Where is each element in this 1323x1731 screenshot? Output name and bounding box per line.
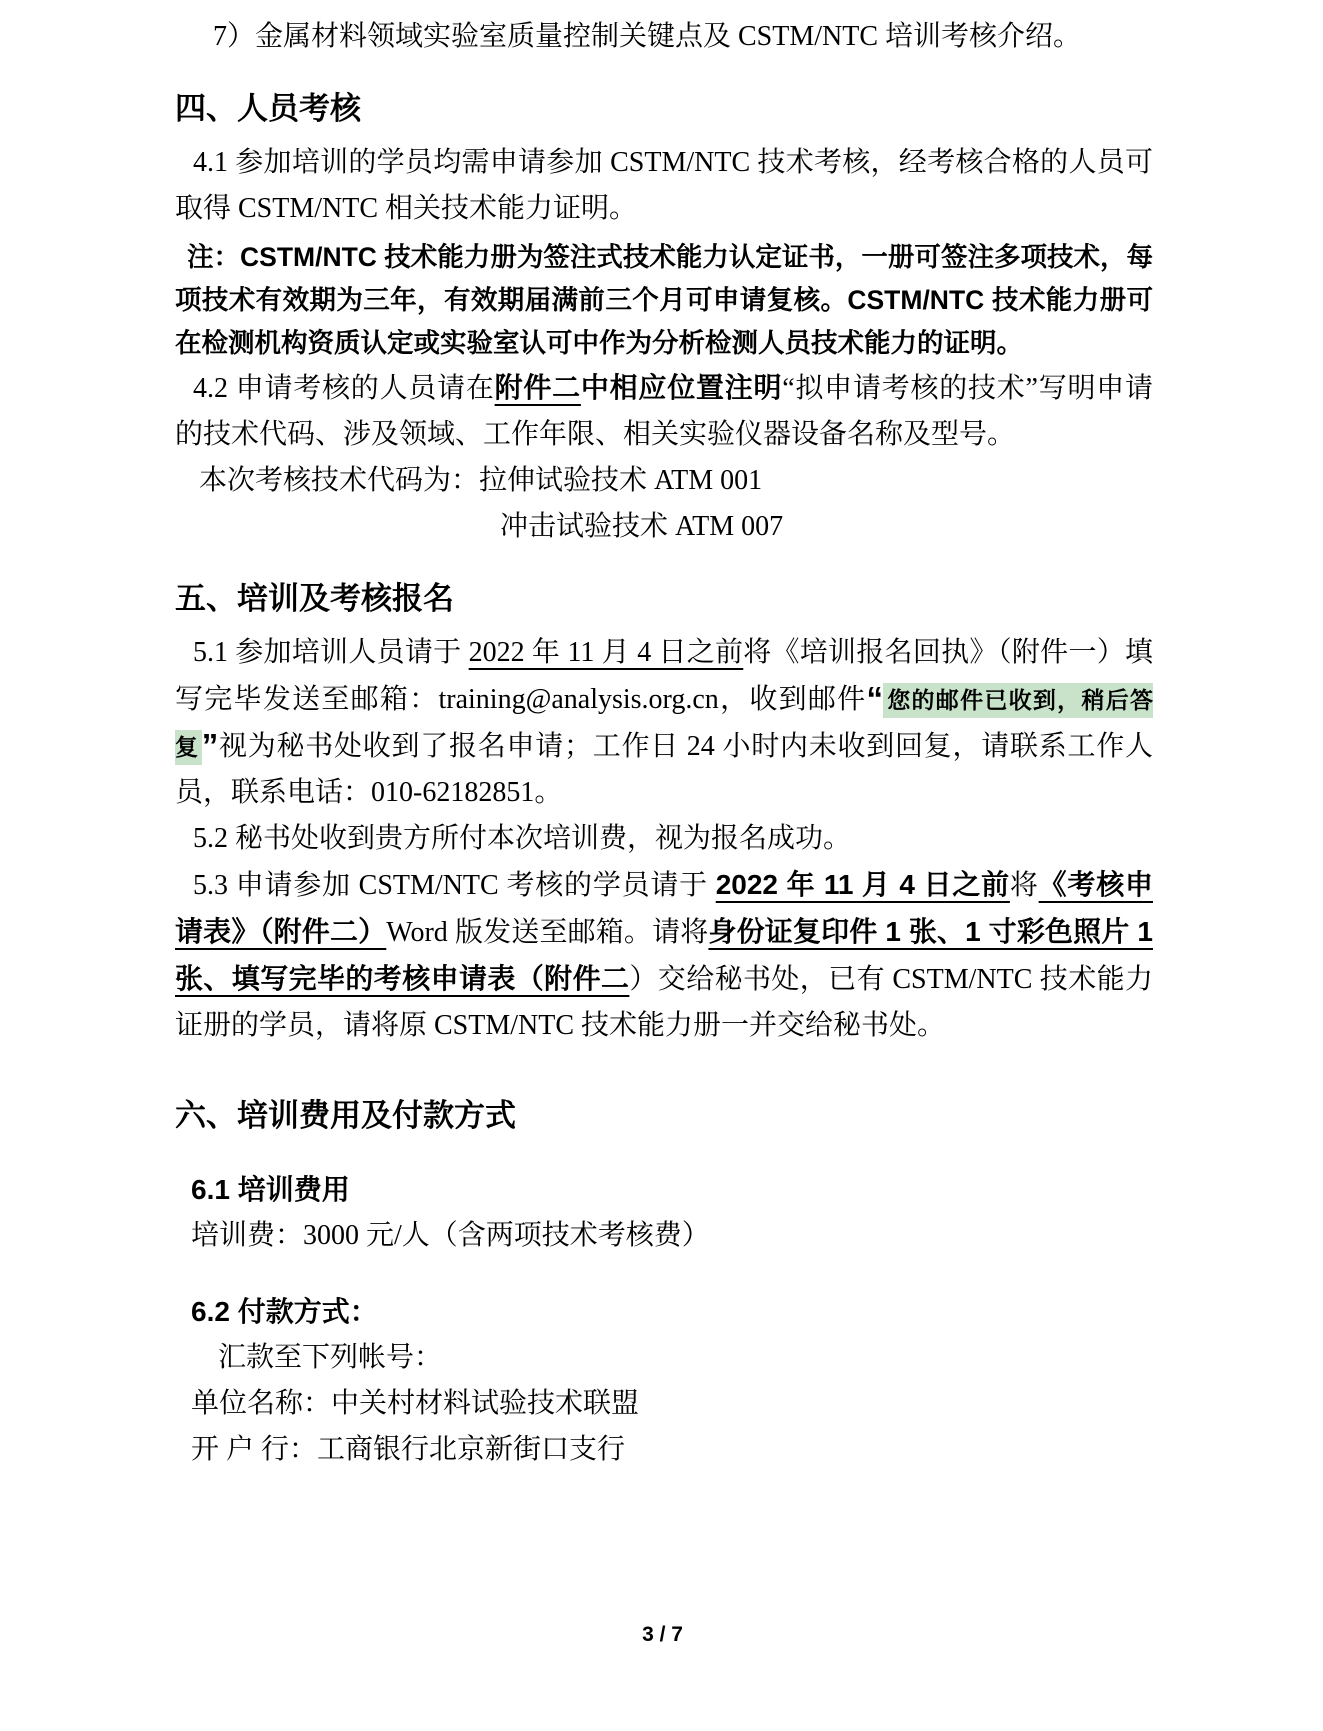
p51-close-quote: ” <box>202 727 219 764</box>
training-fee-line: 培训费：3000 元/人（含两项技术考核费） <box>175 1213 1153 1259</box>
p42-run-bold: 中相应位置注明 <box>581 372 782 403</box>
remit-instruction-line: 汇款至下列帐号： <box>175 1335 1153 1381</box>
note-paragraph: 注：CSTM/NTC 技术能力册为签注式技术能力认定证书，一册可签注多项技术，每… <box>175 236 1153 365</box>
p51-run-normal: 5.1 参加培训人员请于 <box>193 637 469 668</box>
p51-open-quote: “ <box>866 680 883 717</box>
paragraph-4-1: 4.1 参加培训的学员均需申请参加 CSTM/NTC 技术考核，经考核合格的人员… <box>175 140 1153 232</box>
account-name-line: 单位名称：中关村材料试验技术联盟 <box>175 1381 1153 1427</box>
document-body: 7）金属材料领域实验室质量控制关键点及 CSTM/NTC 培训考核介绍。 四、人… <box>0 0 1323 1473</box>
p51-run-tail: 视为秘书处收到了报名申请；工作日 24 小时内未收到回复，请联系工作人员，联系电… <box>175 731 1153 808</box>
paragraph-4-2: 4.2 申请考核的人员请在附件二中相应位置注明“拟申请考核的技术”写明申请的技术… <box>175 365 1153 458</box>
section4-heading: 四、人员考核 <box>175 88 1153 130</box>
tech-code-line-2: 冲击试验技术 ATM 007 <box>175 504 1153 550</box>
p53-run-jiang: 将 <box>1010 870 1039 901</box>
p51-deadline: 2022 年 11 月 4 日之前 <box>469 637 744 668</box>
paragraph-5-3: 5.3 申请参加 CSTM/NTC 考核的学员请于 2022 年 11 月 4 … <box>175 862 1153 1049</box>
p42-attachment2-ref: 附件二 <box>495 372 581 403</box>
document-page: 7）金属材料领域实验室质量控制关键点及 CSTM/NTC 培训考核介绍。 四、人… <box>0 0 1323 1731</box>
subsection-6-2-heading: 6.2 付款方式： <box>175 1289 1153 1335</box>
subsection-6-1-heading: 6.1 培训费用 <box>175 1167 1153 1213</box>
tech-code-line-1: 本次考核技术代码为：拉伸试验技术 ATM 001 <box>175 458 1153 504</box>
p53-run-normal: 5.3 申请参加 CSTM/NTC 考核的学员请于 <box>193 870 716 901</box>
paragraph-5-1: 5.1 参加培训人员请于 2022 年 11 月 4 日之前将《培训报名回执》（… <box>175 630 1153 816</box>
paragraph-5-2: 5.2 秘书处收到贵方所付本次培训费，视为报名成功。 <box>175 816 1153 862</box>
intro-list-item: 7）金属材料领域实验室质量控制关键点及 CSTM/NTC 培训考核介绍。 <box>175 14 1153 60</box>
section6-heading: 六、培训费用及付款方式 <box>175 1095 1153 1137</box>
page-number: 3 / 7 <box>175 1623 1150 1647</box>
p42-run-normal: 4.2 申请考核的人员请在 <box>193 373 495 404</box>
p53-deadline: 2022 年 11 月 4 日之前 <box>716 869 1010 900</box>
bank-branch-line: 开 户 行：工商银行北京新街口支行 <box>175 1427 1153 1473</box>
p53-run-word: Word 版发送至邮箱。请将 <box>386 917 708 948</box>
section5-heading: 五、培训及考核报名 <box>175 578 1153 620</box>
